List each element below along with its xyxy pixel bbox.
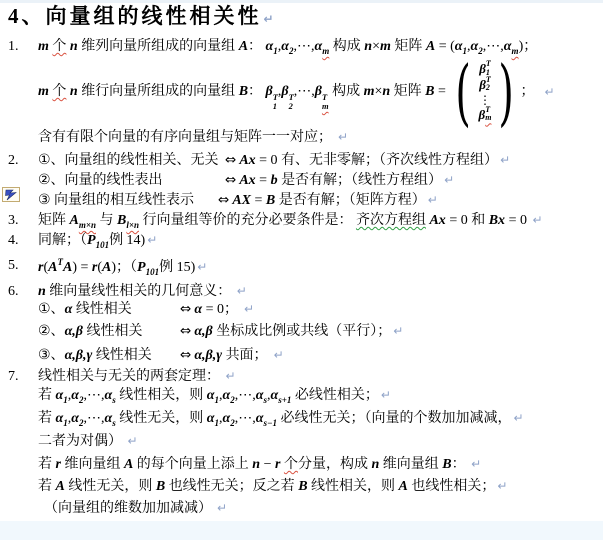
text-segment: A — [239, 39, 248, 54]
matrix-row: βTm — [479, 107, 492, 123]
text-segment: s−1 — [264, 418, 277, 428]
text-segment: α,β,γ — [194, 348, 222, 363]
text-segment: 矩阵 — [38, 213, 70, 228]
paragraph-mark-icon: ↵ — [471, 457, 481, 471]
item-7-line-5: 若 r 维向量组 A 的每个向量上添上 n − r 个分量，构成 n 维向量组 … — [38, 456, 481, 474]
text-segment: m — [364, 84, 375, 99]
text-segment: 与 — [96, 213, 117, 228]
text-segment: B — [239, 84, 248, 99]
item-1-line-3: 含有有限个向量的有序向量组与矩阵一一对应；↵ — [38, 129, 348, 147]
text-segment: 矩阵 — [391, 39, 426, 54]
item-6-sub-2: ②、α,β 线性相关⇔α,β 坐标成比例或共线（平行）；↵ — [38, 323, 403, 341]
text-segment: ,⋯, — [294, 39, 315, 54]
paragraph-mark-icon: ↵ — [381, 388, 391, 402]
paragraph-mark-icon: ↵ — [128, 434, 138, 448]
paragraph-mark-icon: ↵ — [545, 85, 555, 99]
text-segment: 必线性相关； — [291, 388, 379, 403]
paragraph-mark-icon: ↵ — [338, 130, 348, 144]
paragraph-mark-icon: ↵ — [237, 284, 247, 298]
item-6-sub-1: ①、α 线性相关⇔α = 0；↵ — [38, 301, 254, 319]
text-segment: m — [380, 39, 391, 54]
text-segment: 坐标成比例或共线（平行）； — [213, 324, 392, 339]
beta-column-matrix: (βT1βT2⋮βTm) — [449, 58, 520, 126]
text-segment: ①、向量组的线性相关、无关 — [38, 153, 219, 168]
text-segment: AX — [232, 193, 251, 208]
text-segment: 个 — [52, 84, 66, 99]
text-segment: 行向量组等价的充分必要条件是： — [139, 213, 356, 228]
text-segment: 含有有限个向量的有序向量组与矩阵一一对应； — [38, 130, 332, 145]
matrix-close-paren: ) — [499, 58, 514, 126]
paragraph-mark-icon: ↵ — [500, 153, 510, 167]
text-segment: 例 14) — [109, 233, 145, 248]
list-number: 2. — [8, 152, 34, 170]
text-segment: B — [425, 84, 434, 99]
text-segment: α,β,γ — [65, 348, 93, 363]
text-segment: ,⋯, — [294, 84, 315, 99]
text-segment: Ax — [239, 153, 255, 168]
paragraph-mark-icon: ↵ — [244, 302, 254, 316]
document-page: 4、向量组的线性相关性↵1.m 个 n 维列向量所组成的向量组 A： α1,α2… — [0, 0, 603, 540]
list-number: 1. — [8, 38, 34, 56]
text-segment: P — [87, 233, 96, 248]
text-segment: = ( — [435, 39, 455, 54]
item-7-line-2: 若 α1,α2,⋯,αs 线性相关，则 α1,α2,⋯,αs,αs+1 必线性相… — [38, 387, 391, 406]
list-number: 4. — [8, 232, 34, 250]
text-segment: ： — [248, 39, 266, 54]
text-segment: 共面； — [222, 348, 268, 363]
paragraph-mark-icon: ↵ — [444, 173, 454, 187]
text-segment: Tm — [322, 93, 329, 111]
text-segment: 线性相关，则 — [308, 479, 399, 494]
text-segment: ②、 — [38, 324, 65, 339]
text-segment: ,⋯, — [235, 388, 256, 403]
text-segment: m — [38, 39, 49, 54]
paragraph-mark-icon: ↵ — [532, 213, 542, 227]
text-segment: n — [252, 457, 260, 472]
text-segment: 构成 — [329, 39, 364, 54]
text-segment: = — [251, 193, 266, 208]
item-7-line-7: （向量组的维数加加减减）↵ — [44, 500, 227, 518]
text-segment: α — [71, 388, 79, 403]
text-segment: ； — [224, 302, 238, 317]
text-segment: 线性相关，则 — [116, 388, 207, 403]
double-arrow-icon: ⇔ — [180, 323, 191, 339]
text-segment: 维向量组 — [61, 457, 124, 472]
item-7: 7.线性相关与无关的两套定理： ↵ — [38, 368, 236, 386]
text-segment: ,⋯, — [235, 411, 256, 426]
text-segment: 维向量组 — [379, 457, 442, 472]
text-segment: 线性相关 — [83, 324, 143, 339]
text-segment: = 0 — [202, 302, 224, 317]
text-segment: B — [442, 457, 451, 472]
text-segment: ： — [248, 84, 266, 99]
text-segment: 维列向量所组成的向量组 — [78, 39, 239, 54]
text-segment: α,β — [65, 324, 83, 339]
text-segment: 若 — [38, 411, 56, 426]
text-segment: l×n — [126, 220, 139, 230]
list-number: 5. — [8, 257, 34, 275]
text-segment: B — [298, 479, 307, 494]
text-segment: = 0 — [505, 213, 530, 228]
text-segment: = — [435, 84, 450, 99]
text-segment: α — [194, 302, 202, 317]
text-segment: 有、无非零解；（齐次线性方程组） — [281, 153, 498, 168]
item-6-sub-3: ③、α,β,γ 线性相关⇔α,β,γ 共面；↵ — [38, 347, 284, 365]
text-segment: β — [315, 84, 322, 99]
text-segment: 分量，构成 — [298, 457, 372, 472]
list-number: 7. — [8, 368, 34, 386]
text-segment: α — [256, 411, 264, 426]
paragraph-mark-icon: ↵ — [264, 12, 274, 26]
text-segment: α — [256, 388, 264, 403]
text-segment: n — [38, 284, 46, 299]
text-segment: α — [281, 39, 289, 54]
text-segment: α — [207, 388, 215, 403]
text-segment: A — [399, 479, 408, 494]
text-segment: s+1 — [278, 395, 291, 405]
text-segment: 线性无关，则 — [65, 479, 156, 494]
text-segment: ； — [523, 39, 537, 54]
matrix-open-paren: ( — [456, 58, 471, 126]
text-segment: 二者为对偶） — [38, 434, 126, 449]
text-segment: A — [63, 260, 72, 275]
text-segment: ) = — [72, 260, 92, 275]
text-segment: 例 15) — [159, 260, 195, 275]
text-segment: 个 — [52, 39, 66, 54]
paragraph-mark-icon: ↵ — [393, 324, 403, 338]
text-segment: Ax — [429, 213, 445, 228]
text-segment: Bx — [489, 213, 505, 228]
double-arrow-icon: ⇔ — [225, 152, 236, 168]
text-segment: 矩阵 — [390, 84, 425, 99]
paragraph-mark-icon: ↵ — [197, 260, 207, 274]
item-7-line-3: 若 α1,α2,⋯,αs 线性无关，则 α1,α2,⋯,αs−1 必线性无关；（… — [38, 410, 524, 429]
text-segment: ②、向量的线性表出 — [38, 173, 163, 188]
item-7-line-6: 若 A 线性无关，则 B 也线性无关；反之若 B 线性相关，则 A 也线性相关；… — [38, 478, 507, 496]
text-segment: 线性相关与无关的两套定理： — [38, 369, 224, 384]
text-segment: （向量组的维数加加减减） — [44, 501, 212, 516]
text-segment: 若 — [38, 457, 56, 472]
text-segment: A — [70, 213, 79, 228]
text-segment: n — [70, 84, 78, 99]
item-7-line-4: 二者为对偶） ↵ — [38, 433, 138, 451]
text-segment: β — [281, 84, 288, 99]
paragraph-mark-icon: ↵ — [147, 233, 157, 247]
text-segment: 维行向量所组成的向量组 — [78, 84, 239, 99]
text-segment: ；（ — [116, 260, 137, 275]
text-segment: 必线性无关；（向量的个数加加减减， — [277, 411, 512, 426]
item-4: 4.同解；（P101例 14)↵ — [38, 232, 157, 251]
paragraph-mark-icon: ↵ — [497, 479, 507, 493]
text-segment: ②、α,β 线性相关 — [38, 323, 180, 341]
paragraph-mark-icon: ↵ — [217, 501, 227, 515]
text-segment: A — [102, 260, 111, 275]
text-segment: 也线性相关； — [408, 479, 496, 494]
text-segment: ： — [452, 457, 470, 472]
text-segment: 线性相关 — [72, 302, 132, 317]
double-arrow-icon: ⇔ — [218, 192, 229, 208]
text-segment: n — [70, 39, 78, 54]
document-edge-strip-bottom — [0, 521, 603, 540]
text-segment: 同解；（ — [38, 233, 87, 248]
text-segment: n — [382, 84, 390, 99]
page-title: 4、向量组的线性相关性↵ — [8, 3, 274, 29]
text-segment: − — [260, 457, 275, 472]
text-segment: B — [117, 213, 126, 228]
text-segment: α,β — [194, 324, 212, 339]
text-segment: 个 — [284, 457, 298, 472]
text-segment: A — [56, 479, 65, 494]
text-segment: ①、 — [38, 302, 65, 317]
text-segment: ； — [521, 84, 535, 99]
text-segment: 维向量线性相关的几何意义： — [46, 284, 235, 299]
text-segment: 4、向量组的线性相关性 — [8, 4, 262, 28]
text-segment: ③、α,β,γ 线性相关 — [38, 347, 180, 365]
text-segment: 构成 — [329, 84, 364, 99]
text-segment: × — [372, 39, 380, 54]
text-segment: ③ 向量组的相互线性表示 — [38, 192, 218, 210]
text-segment: α — [207, 411, 215, 426]
text-segment: β — [266, 84, 273, 99]
item-2-line-1: 2.①、向量组的线性相关、无关⇔Ax = 0 有、无非零解；（齐次线性方程组）↵ — [38, 152, 510, 170]
text-segment: ①、向量组的线性相关、无关 — [38, 152, 225, 170]
text-segment: 101 — [146, 267, 160, 277]
text-segment: A — [426, 39, 435, 54]
text-segment: ③ 向量组的相互线性表示 — [38, 193, 194, 208]
text-segment: 101 — [96, 240, 110, 250]
item-5: 5.r(ATA) = r(A)；（P101例 15)↵ — [38, 257, 207, 278]
autocorrect-lightning-icon[interactable] — [2, 187, 20, 202]
text-segment: 若 — [38, 479, 56, 494]
paragraph-mark-icon: ↵ — [226, 369, 236, 383]
text-segment: ②、向量的线性表出 — [38, 172, 225, 190]
text-segment: 和 — [471, 213, 489, 228]
text-segment: α — [71, 411, 79, 426]
text-segment: 是否有解；（矩阵方程） — [275, 193, 426, 208]
paragraph-mark-icon: ↵ — [513, 411, 523, 425]
item-6: 6.n 维向量线性相关的几何意义： ↵ — [38, 283, 247, 301]
text-segment: 线性无关，则 — [116, 411, 207, 426]
item-1-line-2: m 个 n 维行向量所组成的向量组 B： βT1,βT2,⋯,βTm 构成 m×… — [38, 55, 555, 129]
text-segment: 若 — [38, 388, 56, 403]
list-number: 3. — [8, 212, 34, 230]
double-arrow-icon: ⇔ — [180, 301, 191, 317]
text-segment: = 0 — [256, 153, 281, 168]
text-segment: 的每个向量上添上 — [133, 457, 252, 472]
text-segment: ,⋯, — [84, 388, 105, 403]
paragraph-mark-icon: ↵ — [428, 193, 438, 207]
text-segment: b — [271, 173, 278, 188]
text-segment: B — [156, 479, 165, 494]
item-2-line-2: ②、向量的线性表出⇔Ax = b 是否有解；（线性方程组）↵ — [38, 172, 454, 190]
double-arrow-icon: ⇔ — [180, 347, 191, 363]
text-segment: ①、α 线性相关 — [38, 301, 180, 319]
text-segment: 是否有解；（线性方程组） — [278, 173, 443, 188]
text-segment: Ax — [239, 173, 255, 188]
text-segment: P — [137, 260, 146, 275]
text-segment: 线性相关 — [92, 348, 152, 363]
item-3: 3.矩阵 Am×n 与 Bl×n 行向量组等价的充分必要条件是： 齐次方程组 A… — [38, 212, 543, 231]
list-number: 6. — [8, 283, 34, 301]
paragraph-mark-icon: ↵ — [274, 348, 284, 362]
text-segment: B — [266, 193, 275, 208]
text-segment: A — [124, 457, 133, 472]
text-segment: ,⋯, — [84, 411, 105, 426]
text-segment: = — [256, 173, 271, 188]
text-segment: m×n — [79, 220, 96, 230]
text-segment: = 0 — [446, 213, 471, 228]
item-2-line-3: ③ 向量组的相互线性表示 ⇔AX = B 是否有解；（矩阵方程）↵ — [38, 192, 438, 210]
text-segment: 齐次方程组 — [356, 213, 426, 228]
text-segment: ③、 — [38, 348, 65, 363]
text-segment: 也线性无关；反之若 — [165, 479, 298, 494]
double-arrow-icon: ⇔ — [225, 172, 236, 188]
matrix-row: βT2 — [479, 77, 491, 93]
text-segment: n — [364, 39, 372, 54]
text-segment: m — [38, 84, 49, 99]
